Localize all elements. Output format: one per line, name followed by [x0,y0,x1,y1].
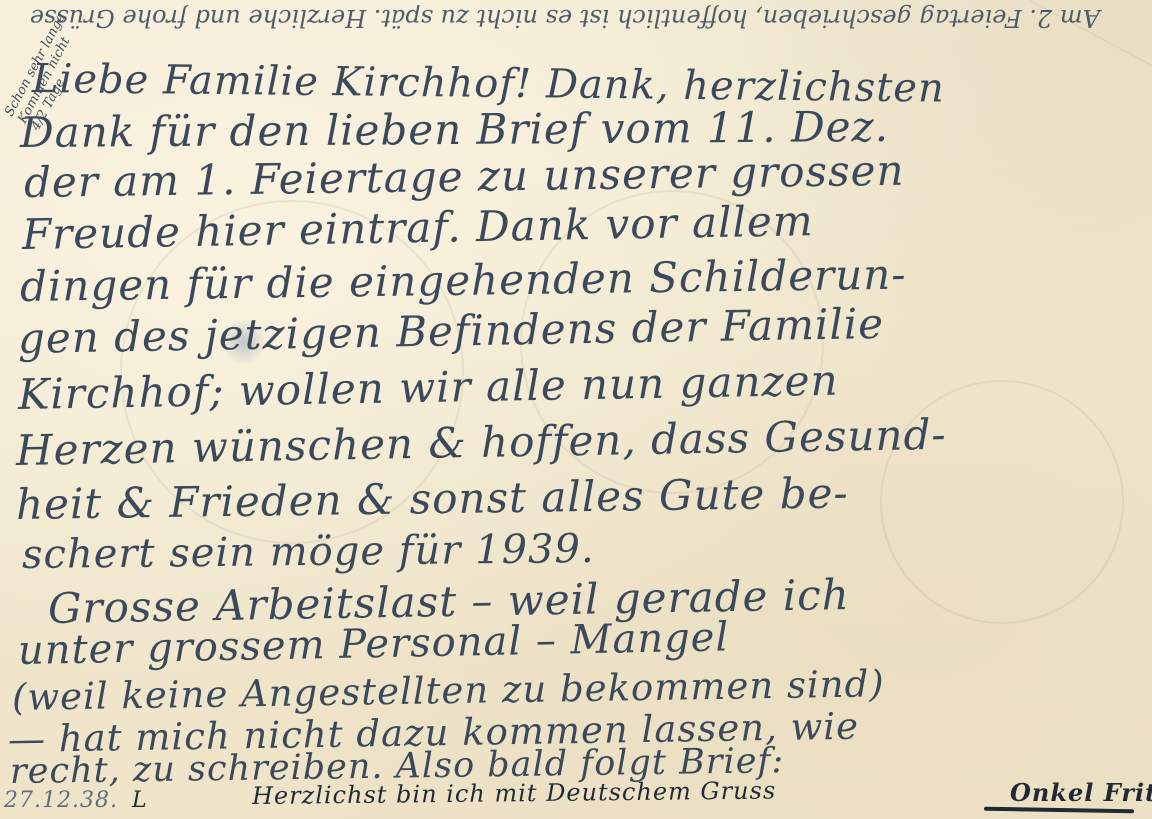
letter-line: schert sein möge für 1939. [22,526,595,578]
letter-line: heit & Frieden & sonst alles Gute be- [16,468,849,529]
closing-line: Herzlichst bin ich mit Deutschem Gruss [252,777,776,810]
signature-underline [984,807,1134,814]
upside-down-header: Am 2. Feiertag geschrieben, hoffentlich … [70,4,1100,32]
date-text: 27.12.38. [4,788,118,813]
date-suffix: L [132,788,148,813]
signature: Onkel Fritz [1010,778,1152,807]
letter-paper: Schon sehr lange Kommen nicht 4/2 Tage A… [0,0,1152,819]
letter-date: 27.12.38. L [4,788,148,813]
